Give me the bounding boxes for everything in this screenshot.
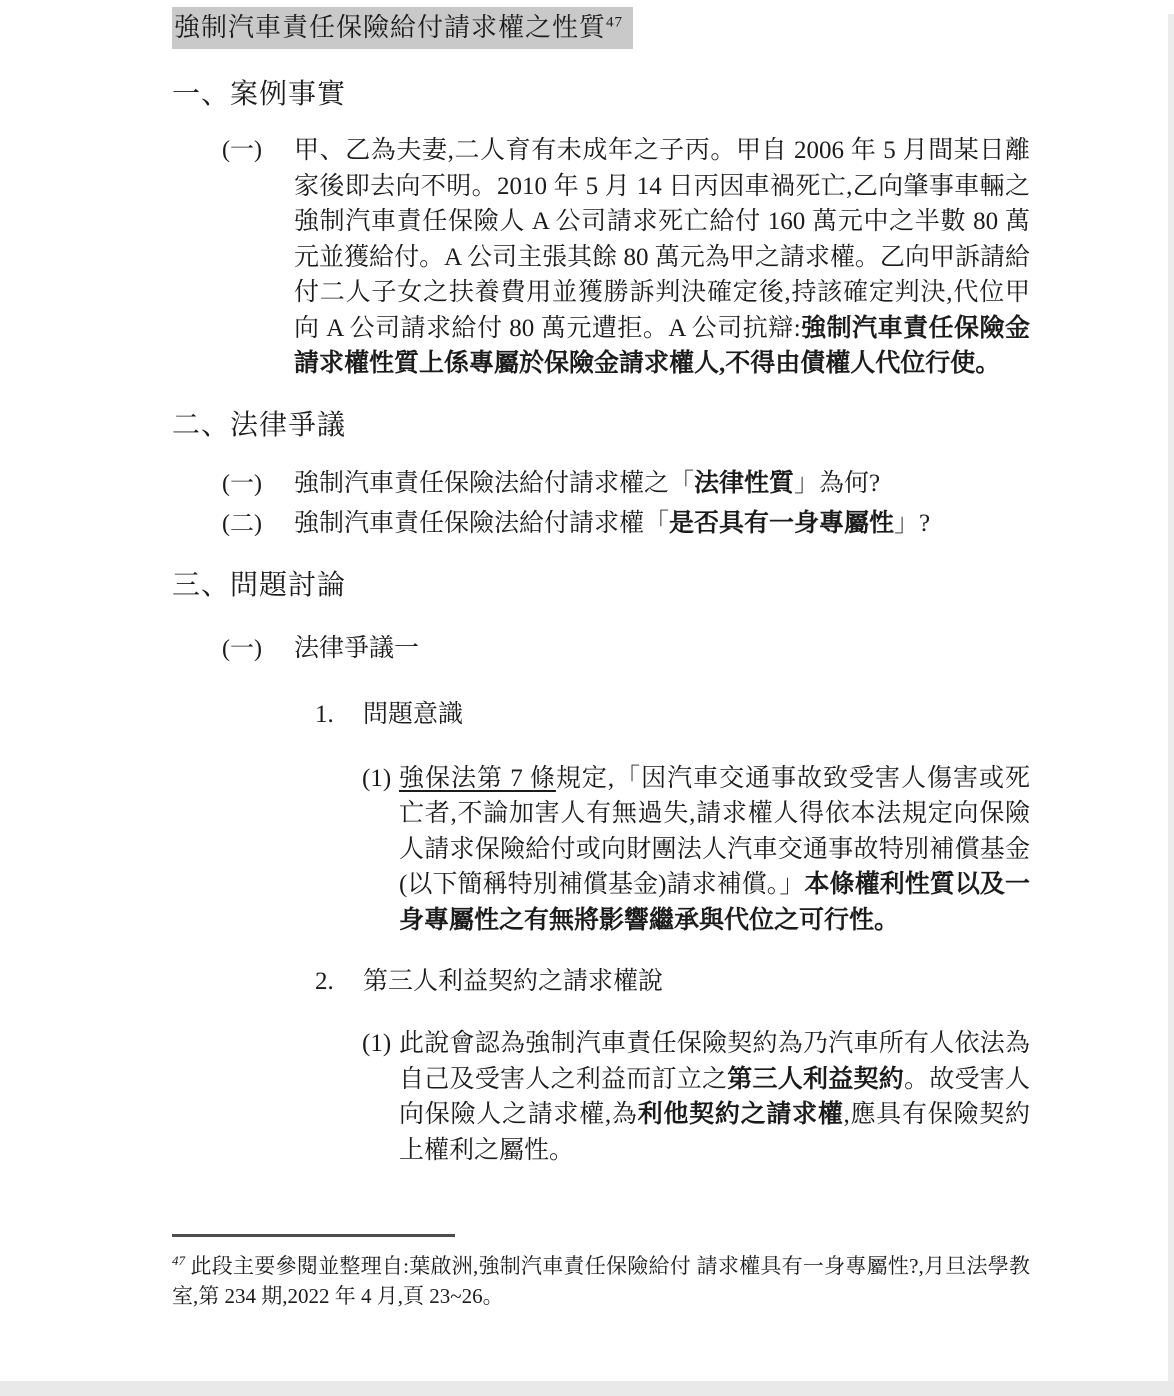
legal-issue-1-text: 強制汽車責任保險法給付請求權之「法律性質」為何? (294, 464, 1030, 504)
document-title-highlight: 強制汽車責任保險給付請求權之性質47 (172, 7, 633, 49)
legal-issues-list: (一) 強制汽車責任保險法給付請求權之「法律性質」為何? (二) 強制汽車責任保… (172, 464, 1030, 544)
point-2-bold-run-2: 利他契約之請求權 (638, 1101, 844, 1128)
point-2-item-text: 此說會認為強制汽車責任保險契約為乃汽車所有人依法為自己及受害人之利益而訂立之第三… (399, 1026, 1030, 1168)
discussion-subsection-marker: (一) (222, 631, 294, 667)
legal-issue-2-text: 強制汽車責任保險法給付請求權「是否具有一身專屬性」? (294, 504, 1030, 544)
point-2-marker: 2. (315, 964, 363, 1000)
discussion-subsection: (一) 法律爭議一 (172, 631, 1030, 667)
point-2-label: 第三人利益契約之請求權說 (363, 964, 1030, 1000)
document-title: 強制汽車責任保險給付請求權之性質 (174, 13, 606, 42)
case-facts-text: 甲、乙為夫妻,二人育有未成年之子丙。甲自 2006 年 5 月間某日離家後即去向… (294, 133, 1030, 382)
point-2-item: (1) 此說會認為強制汽車責任保險契約為乃汽車所有人依法為自己及受害人之利益而訂… (172, 1026, 1030, 1168)
legal-issue-2-bold: 是否具有一身專屬性 (669, 510, 894, 537)
case-facts-item: (一) 甲、乙為夫妻,二人育有未成年之子丙。甲自 2006 年 5 月間某日離家… (172, 133, 1030, 382)
section-heading-discussion: 三、問題討論 (172, 568, 1030, 604)
footnote-text: 此段主要參閱並整理自:葉啟洲,強制汽車責任保險給付 請求權具有一身專屬性?,月旦… (172, 1254, 1030, 1308)
point-1-underline-run: 強保法第 7 條 (399, 765, 556, 792)
footnote: 47 此段主要參閱並整理自:葉啟洲,強制汽車責任保險給付 請求權具有一身專屬性?… (172, 1246, 1030, 1311)
point-1-heading: 1. 問題意識 (172, 697, 1030, 733)
section-heading-case-facts: 一、案例事實 (172, 77, 1030, 113)
discussion-subsection-label: 法律爭議一 (294, 631, 1030, 667)
legal-issue-2-pre: 強制汽車責任保險法給付請求權「 (294, 510, 669, 537)
point-2-item-marker: (1) (362, 1026, 399, 1168)
footnote-ref: 47 (172, 1253, 185, 1268)
case-facts-marker: (一) (222, 133, 294, 382)
case-facts-normal-run: 甲、乙為夫妻,二人育有未成年之子丙。甲自 2006 年 5 月間某日離家後即去向… (294, 137, 1030, 342)
page-bottom-edge (0, 1381, 1174, 1396)
footnote-separator (172, 1234, 455, 1237)
legal-issue-1-post: 」為何? (794, 470, 880, 497)
point-1-item-marker: (1) (362, 761, 399, 939)
legal-issue-2-post: 」? (894, 510, 930, 537)
point-1-label: 問題意識 (363, 697, 1030, 733)
legal-issue-item-2: (二) 強制汽車責任保險法給付請求權「是否具有一身專屬性」? (172, 504, 1030, 544)
document-page: 強制汽車責任保險給付請求權之性質47 一、案例事實 (一) 甲、乙為夫妻,二人育… (172, 0, 1030, 1311)
legal-issue-1-pre: 強制汽車責任保險法給付請求權之「 (294, 470, 694, 497)
section-heading-legal-issues: 二、法律爭議 (172, 408, 1030, 444)
point-1-marker: 1. (315, 697, 363, 733)
legal-issue-2-marker: (二) (222, 504, 294, 544)
point-1-item-text: 強保法第 7 條規定,「因汽車交通事故致受害人傷害或死亡者,不論加害人有無過失,… (399, 761, 1030, 939)
legal-issue-1-marker: (一) (222, 464, 294, 504)
point-2-bold-run-1: 第三人利益契約 (727, 1066, 904, 1093)
legal-issue-1-bold: 法律性質 (694, 470, 794, 497)
title-row: 強制汽車責任保險給付請求權之性質47 (172, 7, 1030, 49)
page-right-edge (1168, 14, 1174, 1396)
point-2-heading: 2. 第三人利益契約之請求權說 (172, 964, 1030, 1000)
legal-issue-item-1: (一) 強制汽車責任保險法給付請求權之「法律性質」為何? (172, 464, 1030, 504)
point-1-item: (1) 強保法第 7 條規定,「因汽車交通事故致受害人傷害或死亡者,不論加害人有… (172, 761, 1030, 939)
title-footnote-ref: 47 (606, 14, 623, 30)
